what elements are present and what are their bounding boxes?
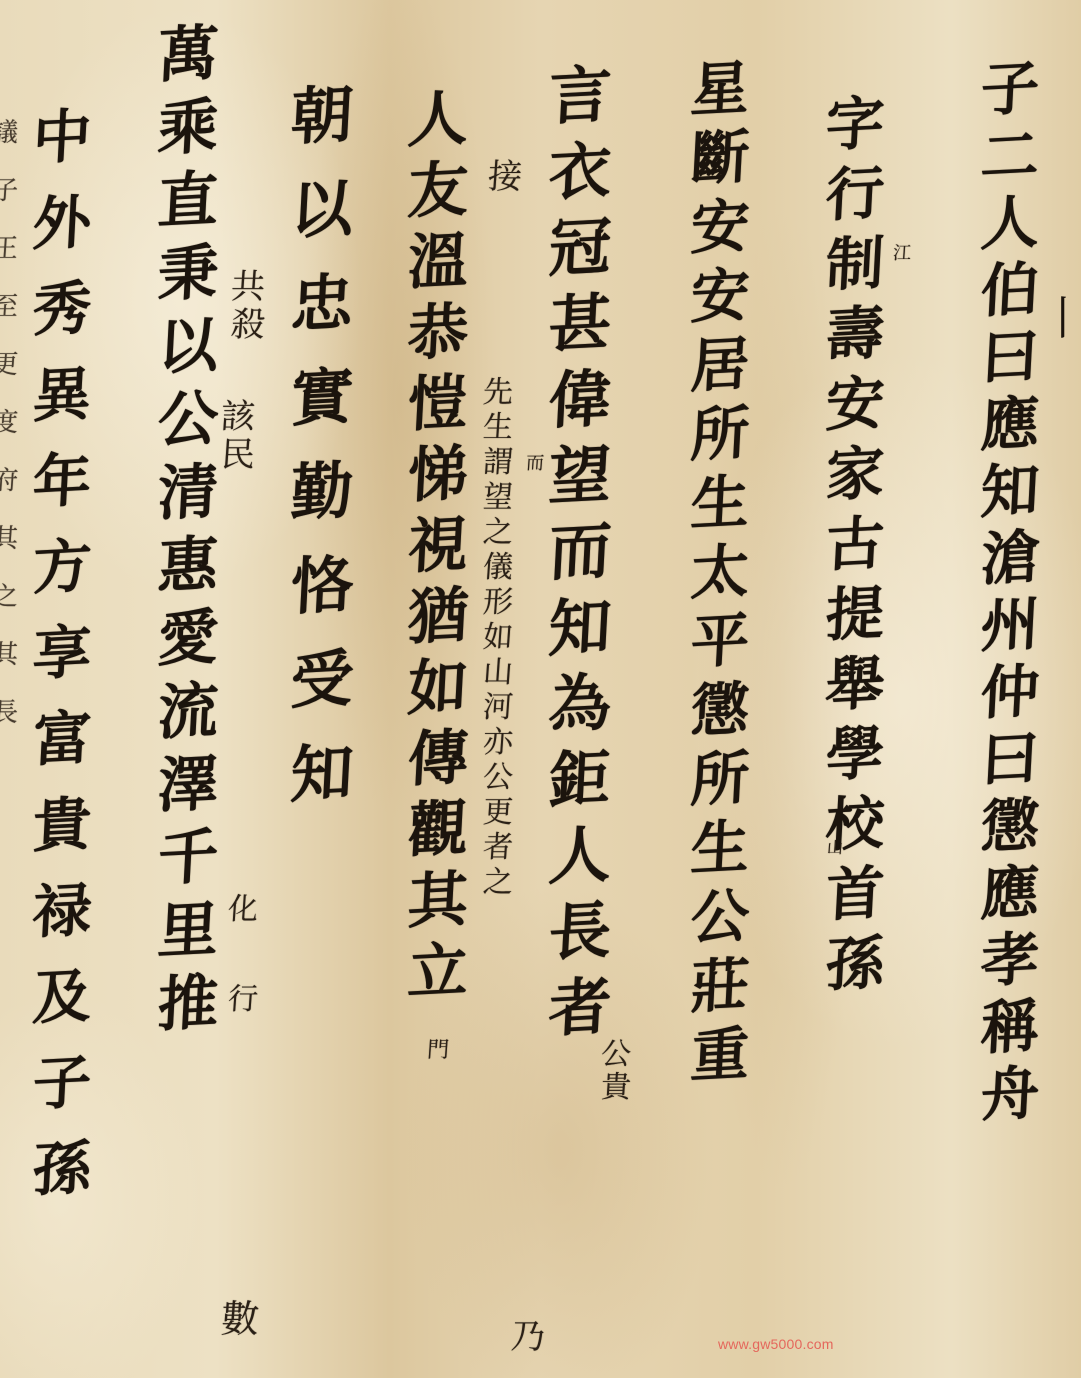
character: 猶	[406, 585, 469, 648]
character: 安	[689, 266, 750, 327]
character: 以	[289, 177, 355, 242]
character: 傳	[406, 727, 469, 790]
character: 望	[547, 443, 613, 508]
character: 生	[689, 818, 750, 879]
character: 如	[406, 656, 469, 719]
text-column-5: 人友溫恭愷悌視猶如傳觀其立	[408, 90, 468, 1002]
text-column-2: 字行制壽安家古提舉學校首孫	[826, 95, 884, 993]
annotation: 數	[221, 1300, 259, 1338]
text-column-3: 星斷安安居所生太平懲所生公莊重	[691, 60, 749, 1084]
character: 安	[824, 374, 885, 435]
character: 行	[227, 985, 259, 1015]
character: 生	[482, 413, 514, 443]
character: 府	[0, 468, 19, 494]
character: 曰	[979, 327, 1040, 388]
character: 萬	[156, 23, 219, 86]
character: 貴	[600, 1073, 632, 1103]
character: 視	[406, 514, 469, 577]
character: 壽	[824, 304, 885, 365]
character: 貴	[31, 795, 92, 856]
character: 里	[156, 899, 219, 962]
character: 衣	[547, 139, 613, 204]
character: 首	[824, 864, 885, 925]
annotation: 行	[228, 985, 258, 1015]
character: 忠	[289, 271, 355, 336]
character: 舟	[979, 1064, 1040, 1125]
character: 更	[482, 798, 514, 828]
character: 悌	[406, 443, 469, 506]
character: 仲	[979, 662, 1040, 723]
character: 孫	[824, 934, 885, 995]
character: 中	[31, 107, 92, 168]
character: 恭	[406, 301, 469, 364]
text-column-6: 朝以忠實勤恪受知	[291, 85, 353, 805]
character: 鉅	[547, 747, 613, 812]
character: 朝	[289, 83, 355, 148]
character: 享	[31, 623, 92, 684]
character: 稱	[979, 997, 1040, 1058]
annotation: 共殺	[231, 270, 265, 342]
character: 望	[482, 483, 514, 513]
character: 外	[31, 193, 92, 254]
text-column-8: 中外秀異年方享富貴禄及子孫	[33, 108, 91, 1198]
character: 滄	[979, 528, 1040, 589]
text-column-1: 子二人伯曰應知滄州仲曰懲應孝稱舟	[981, 60, 1039, 1123]
character: 制	[824, 234, 885, 295]
character: 安	[689, 197, 750, 258]
character: 更	[0, 352, 19, 378]
character: 友	[406, 159, 469, 222]
watermark: www.gw5000.com	[718, 1336, 834, 1352]
character: 推	[156, 972, 219, 1035]
character: 恪	[289, 553, 355, 618]
character: 及	[31, 967, 92, 1028]
character: 公	[156, 388, 219, 451]
character: 方	[31, 537, 92, 598]
character: 二	[979, 126, 1040, 187]
character: 者	[547, 975, 613, 1040]
character: 甚	[547, 291, 613, 356]
character: 而	[547, 519, 613, 584]
character: 乃	[510, 1320, 546, 1354]
character: 知	[547, 595, 613, 660]
character: 星	[689, 59, 750, 120]
character: 其	[0, 526, 19, 552]
character: 如	[482, 623, 514, 653]
character: 古	[824, 514, 885, 575]
character: 異	[31, 365, 92, 426]
character: 惠	[156, 534, 219, 597]
character: 公	[600, 1040, 632, 1070]
character: 所	[689, 404, 750, 465]
annotation: 乃	[511, 1320, 545, 1354]
character: 人	[979, 193, 1040, 254]
character: 河	[482, 693, 514, 723]
character: 居	[689, 335, 750, 396]
character: 直	[156, 169, 219, 232]
character: 莊	[689, 956, 750, 1017]
character: 提	[824, 584, 885, 645]
character: 孝	[979, 930, 1040, 991]
character: 亦	[482, 728, 514, 758]
annotation: 先生謂望之儀形如山河亦公更者之	[483, 378, 513, 898]
character: 斷	[689, 128, 750, 189]
character: 門	[426, 1040, 450, 1062]
character: 應	[979, 863, 1040, 924]
character: 者	[482, 833, 514, 863]
character: 子	[31, 1053, 92, 1114]
character: 年	[31, 451, 92, 512]
character: 公	[482, 763, 514, 793]
character: 冠	[547, 215, 613, 280]
character: 山	[482, 658, 514, 688]
annotation: 山	[827, 840, 843, 856]
character: 長	[0, 700, 19, 726]
character: 而	[525, 455, 544, 473]
character: 澤	[156, 753, 219, 816]
character: 舉	[824, 654, 885, 715]
annotation: 門	[427, 1040, 449, 1062]
character: 太	[689, 542, 750, 603]
character: 先	[482, 378, 514, 408]
character: 字	[824, 94, 885, 155]
character: 偉	[547, 367, 613, 432]
character: 化	[227, 895, 259, 925]
character: 秉	[156, 242, 219, 305]
character: 人	[406, 88, 469, 151]
character: 王	[0, 236, 19, 262]
character: 之	[0, 584, 19, 610]
character: 議	[0, 120, 19, 146]
character: 該	[220, 400, 256, 434]
annotation: 而	[526, 455, 544, 473]
character: 公	[689, 887, 750, 948]
character: 所	[689, 749, 750, 810]
character: 殺	[230, 308, 266, 342]
character: 平	[689, 611, 750, 672]
character: 曰	[979, 729, 1040, 790]
side-ink-mark: 丨	[1040, 295, 1054, 365]
character: 應	[979, 394, 1040, 455]
character: 知	[289, 741, 355, 806]
character: 長	[547, 899, 613, 964]
character: 言	[547, 63, 613, 128]
partial-column: 議子王至更度府其之其長	[0, 120, 18, 726]
character: 禄	[31, 881, 92, 942]
character: 其	[0, 642, 19, 668]
annotation: 公貴	[601, 1040, 631, 1103]
character: 愷	[406, 372, 469, 435]
character: 伯	[979, 260, 1040, 321]
character: 其	[406, 869, 469, 932]
character: 行	[824, 164, 885, 225]
character: 勤	[289, 459, 355, 524]
character: 實	[289, 365, 355, 430]
annotation: 該民	[221, 400, 255, 472]
character: 孫	[31, 1139, 92, 1200]
character: 懲	[689, 680, 750, 741]
annotation: 接	[488, 160, 522, 194]
character: 乘	[156, 96, 219, 159]
character: 儀	[482, 553, 514, 583]
character: 秀	[31, 279, 92, 340]
character: 清	[156, 461, 219, 524]
character: 人	[547, 823, 613, 888]
character: 度	[0, 410, 19, 436]
character: 子	[979, 59, 1040, 120]
character: 謂	[482, 448, 514, 478]
character: 知	[979, 461, 1040, 522]
character: 觀	[406, 798, 469, 861]
character: 家	[824, 444, 885, 505]
annotation: 化	[228, 895, 258, 925]
character: 立	[406, 940, 469, 1003]
character: 州	[979, 595, 1040, 656]
character: 為	[547, 671, 613, 736]
character: 千	[156, 826, 219, 889]
character: 重	[689, 1025, 750, 1086]
annotation: 江	[893, 245, 911, 263]
text-column-7: 萬乘直秉以公清惠愛流澤千里推	[158, 25, 218, 1034]
character: 溫	[406, 230, 469, 293]
character: 富	[31, 709, 92, 770]
character: 懲	[979, 796, 1040, 857]
character: 子	[0, 178, 19, 204]
character: 接	[487, 160, 523, 194]
character: 之	[482, 518, 514, 548]
character: 形	[482, 588, 514, 618]
character: 江	[892, 245, 911, 263]
character: 學	[824, 724, 885, 785]
character: 之	[482, 868, 514, 898]
character: 受	[289, 647, 355, 712]
character: 數	[220, 1300, 261, 1338]
character: 以	[156, 315, 219, 378]
text-column-4: 言衣冠甚偉望而知為鉅人長者	[549, 65, 611, 1039]
character: 流	[156, 680, 219, 743]
character: 生	[689, 473, 750, 534]
character: 共	[230, 270, 266, 304]
character: 至	[0, 294, 19, 320]
character: 民	[220, 438, 256, 472]
character: 山	[826, 840, 843, 856]
character: 愛	[156, 607, 219, 670]
